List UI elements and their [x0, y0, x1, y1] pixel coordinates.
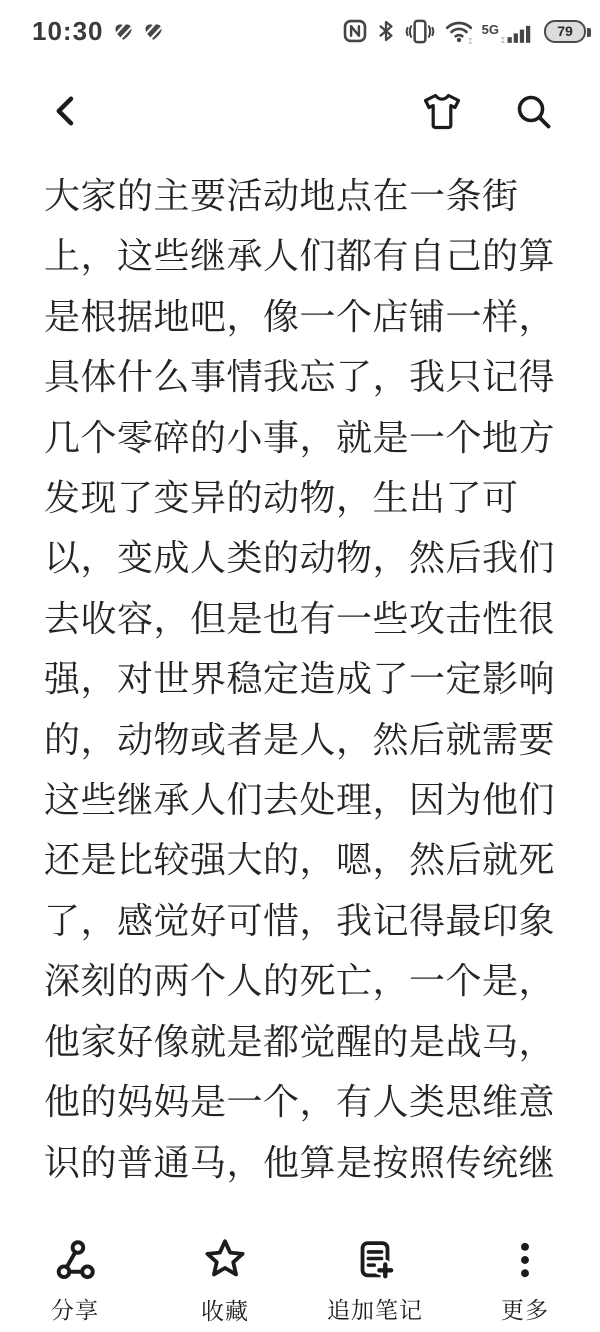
- vibrate-icon: [404, 18, 436, 45]
- battery-nub: [587, 28, 591, 37]
- text-line: 这些继承人们去处理，因为他们: [44, 770, 556, 830]
- toolbar-label-favorite: 收藏: [201, 1293, 249, 1326]
- text-line: 是根据地吧，像一个店铺一样，: [44, 287, 556, 347]
- text-line: 以，变成人类的动物，然后我们: [44, 528, 556, 588]
- text-line: 发现了变异的动物，生出了可: [44, 468, 556, 528]
- favorite-button[interactable]: 收藏: [150, 1237, 300, 1326]
- text-line: 具体什么事情我忘了，我只记得: [44, 347, 556, 407]
- text-line: 他的妈妈是一个，有人类思维意: [44, 1072, 556, 1132]
- tshirt-icon: [418, 87, 466, 138]
- text-line: 的，动物或者是人，然后就需要: [44, 710, 556, 770]
- text-line: 几个零碎的小事，就是一个地方: [44, 408, 556, 468]
- search-icon: [512, 90, 554, 135]
- text-line: 识的普通马，他算是按照传统继: [44, 1133, 556, 1193]
- signal-bars-icon: 5G: [482, 18, 534, 45]
- append-note-button[interactable]: 追加笔记: [300, 1238, 450, 1325]
- text-line: 了，感觉好可惜，我记得最印象: [44, 891, 556, 951]
- reader-screen: 10:30: [0, 0, 600, 1332]
- note-add-icon: [353, 1238, 397, 1285]
- star-icon: [202, 1237, 248, 1286]
- toolbar-label-share: 分享: [51, 1292, 99, 1325]
- clock: 10:30: [32, 16, 104, 47]
- more-dots-icon: [503, 1238, 547, 1285]
- heart-notification-icon: [113, 21, 134, 42]
- text-line: 上，这些继承人们都有自己的算: [44, 226, 556, 286]
- text-line: 去收容，但是也有一些攻击性很: [44, 589, 556, 649]
- text-line: 深刻的两个人的死亡，一个是，: [44, 951, 556, 1011]
- network-type-label: 5G: [482, 23, 499, 36]
- back-chevron-icon: [46, 91, 86, 134]
- text-line: 强，对世界稳定造成了一定影响: [44, 649, 556, 709]
- search-button[interactable]: [512, 90, 554, 135]
- bottom-toolbar: 分享 收藏: [0, 1230, 600, 1332]
- text-line: 他家好像就是都觉醒的是战马，: [44, 1012, 556, 1072]
- back-button[interactable]: [46, 91, 86, 134]
- bluetooth-icon: [376, 18, 396, 44]
- nfc-icon: [342, 18, 368, 44]
- toolbar-label-append-note: 追加笔记: [327, 1292, 423, 1325]
- battery-percent: 79: [557, 23, 573, 39]
- more-button[interactable]: 更多: [450, 1238, 600, 1325]
- text-line: 大家的主要活动地点在一条街: [44, 166, 556, 226]
- share-nodes-icon: [53, 1238, 97, 1285]
- text-line: 还是比较强大的，嗯，然后就死: [44, 830, 556, 890]
- battery-indicator: 79: [544, 20, 586, 43]
- heart-notification-icon: [143, 21, 164, 42]
- nav-bar: [0, 62, 600, 162]
- toolbar-label-more: 更多: [501, 1292, 549, 1325]
- status-bar: 10:30: [0, 0, 600, 56]
- wifi-icon: [444, 18, 474, 45]
- theme-button[interactable]: [418, 87, 466, 138]
- share-button[interactable]: 分享: [0, 1238, 150, 1325]
- page-text[interactable]: 大家的主要活动地点在一条街 上，这些继承人们都有自己的算 是根据地吧，像一个店铺…: [0, 164, 600, 1193]
